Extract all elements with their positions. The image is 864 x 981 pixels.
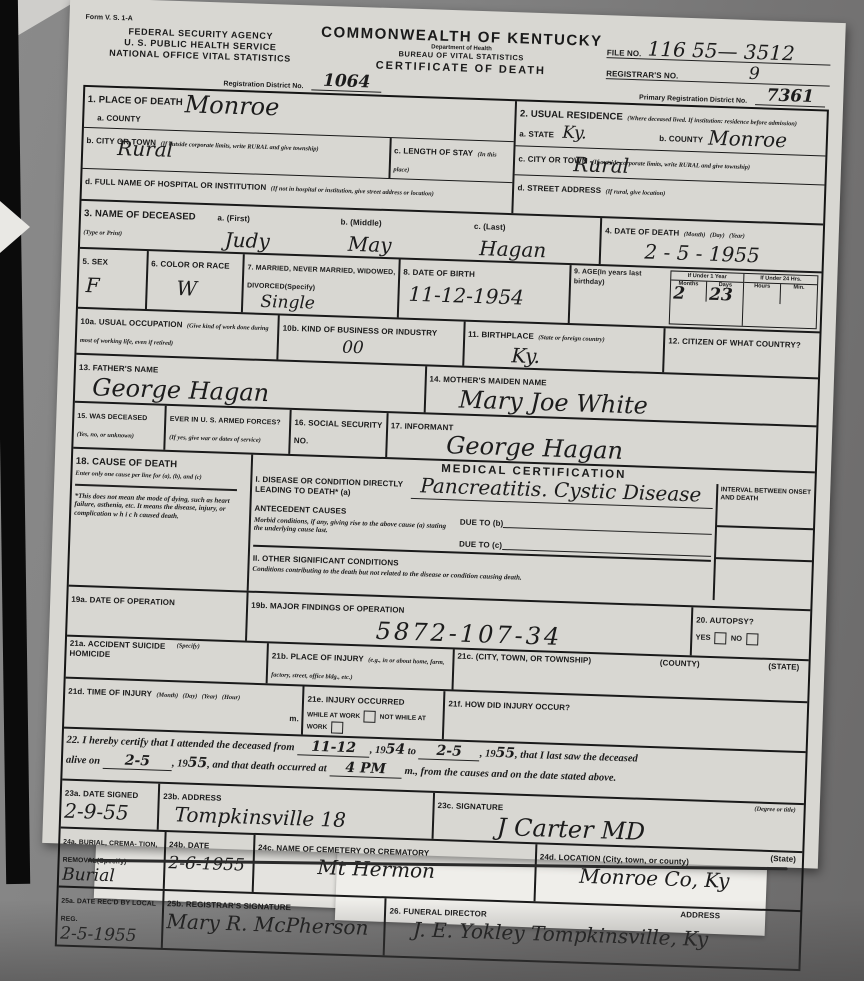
- county-label: a. COUNTY: [97, 113, 141, 123]
- certify-text-3: to: [408, 746, 417, 757]
- city-town-note: (If outside corporate limits, write RURA…: [160, 140, 318, 152]
- antecedent-title: ANTECEDENT CAUSES: [254, 504, 346, 516]
- sex-label: 5. SEX: [82, 257, 108, 267]
- county-value: Monroe: [184, 92, 279, 119]
- autopsy-no-checkbox: [746, 633, 758, 645]
- certify-text-4: , 19: [480, 748, 496, 760]
- injury-month-note: (Month): [156, 692, 178, 700]
- cause-of-death-note: Enter only one cause per line for (a), (…: [75, 470, 247, 483]
- occupation-label: 10a. USUAL OCCUPATION: [80, 317, 182, 329]
- injury-hour-note: (Hour): [222, 694, 240, 702]
- type-or-print-note: (Type or Print): [83, 229, 122, 237]
- file-no-label: FILE NO.: [607, 48, 642, 59]
- certify-text-6: alive on: [66, 755, 100, 767]
- degree-title-note: (Degree or title): [754, 806, 795, 815]
- file-no-value: 116 55— 3512: [647, 39, 795, 64]
- injury-county-label: (COUNTY): [659, 658, 700, 695]
- middle-name-label: b. (Middle): [340, 217, 381, 227]
- primary-district-value: 7361: [755, 87, 826, 107]
- injury-day-note: (Day): [182, 692, 197, 699]
- burial-location-state-note: (State): [770, 854, 796, 864]
- film-edge-strip: [0, 0, 30, 884]
- date-of-death-month: (Month): [684, 231, 706, 239]
- time-of-injury-label: 21d. TIME OF INJURY: [68, 687, 152, 699]
- age-grid: If Under 1 Year Months 2 Days 23 If Unde…: [668, 270, 818, 329]
- due-to-b-label: DUE TO (b): [460, 517, 504, 528]
- autopsy-label: 20. AUTOPSY?: [696, 615, 754, 626]
- marital-status-value: Single: [260, 294, 394, 315]
- while-at-work-label: WHILE AT WORK: [307, 711, 360, 720]
- hospital-label: d. FULL NAME OF HOSPITAL OR INSTITUTION: [85, 177, 266, 192]
- injury-occurred-label: 21e. INJURY OCCURRED: [307, 695, 404, 707]
- antecedent-note: Morbid conditions, if any, giving rise t…: [254, 516, 456, 539]
- burial-date-value: 2-6-1955: [168, 855, 250, 875]
- address-value: Tompkinsville 18: [174, 804, 429, 832]
- injury-state-label: (STATE): [767, 662, 799, 699]
- alive-on-year: 55: [187, 755, 207, 772]
- certify-text-2: , 19: [370, 745, 386, 757]
- how-injury-label: 21f. HOW DID INJURY OCCUR?: [448, 699, 570, 712]
- attended-to-year: 55: [495, 745, 515, 762]
- last-name-value: Hagan: [479, 238, 597, 262]
- armed-forces-label-1: 15. WAS DECEASED: [77, 413, 147, 422]
- injury-m-label: m.: [67, 707, 299, 724]
- photographed-death-certificate: Form V. S. 1-A FEDERAL SECURITY AGENCY U…: [0, 0, 864, 981]
- date-signed-value: 2-9-55: [64, 801, 155, 824]
- date-of-operation-label: 19a. DATE OF OPERATION: [71, 595, 175, 607]
- registrar-no-value: 9: [749, 66, 760, 83]
- age-label: 9. AGE(In years last birthday): [572, 267, 667, 324]
- registrar-no-label: REGISTRAR'S NO.: [606, 69, 679, 81]
- residence-county-label: b. COUNTY: [659, 134, 703, 144]
- disease-label: I. DISEASE OR CONDITION DIRECTLY LEADING…: [255, 475, 411, 499]
- age-hours-label: Hours: [754, 283, 770, 290]
- accident-specify-note: (Specify): [176, 642, 200, 679]
- color-race-label: 6. COLOR OR RACE: [151, 259, 230, 271]
- certificate-paper: Form V. S. 1-A FEDERAL SECURITY AGENCY U…: [42, 0, 846, 869]
- armed-forces-label-2: EVER IN U. S. ARMED FORCES?: [170, 416, 281, 427]
- due-to-c-label: DUE TO (c): [459, 539, 502, 550]
- business-label: 10b. KIND OF BUSINESS OR INDUSTRY: [283, 324, 438, 338]
- certify-text-7: , 19: [172, 758, 188, 770]
- residence-county-value: Monroe: [708, 128, 787, 151]
- certify-text-5: , that I last saw the deceased: [515, 750, 638, 765]
- cause-of-death-footnote: *This does not mean the mode of dying, s…: [74, 491, 247, 522]
- first-name-value: Judy: [224, 230, 340, 254]
- signature-label: 23c. SIGNATURE: [437, 801, 503, 812]
- death-time-value: 4 PM: [329, 759, 402, 778]
- burial-date-label: 24b. DATE: [169, 840, 210, 850]
- autopsy-no-label: NO: [731, 634, 743, 643]
- business-value: 00: [342, 340, 460, 361]
- major-findings-label: 19b. MAJOR FINDINGS OF OPERATION: [251, 601, 405, 615]
- city-town-value: Rural: [117, 138, 173, 160]
- name-of-deceased-title: 3. NAME OF DECEASED: [84, 208, 196, 223]
- date-of-birth-value: 11-12-1954: [408, 284, 565, 309]
- residence-city-value: Rural: [573, 154, 629, 176]
- attended-to-value: 2-5: [418, 742, 480, 761]
- date-of-birth-label: 8. DATE OF BIRTH: [403, 268, 475, 279]
- hospital-note: (If not in hospital or institution, give…: [271, 185, 434, 197]
- injury-city-label: 21c. (CITY, TOWN, OR TOWNSHIP): [456, 652, 591, 692]
- while-at-work-checkbox: [364, 711, 376, 723]
- birthplace-note: (State or foreign country): [538, 334, 604, 343]
- street-address-note: (If rural, give location): [605, 188, 665, 197]
- date-of-death-day: (Day): [710, 232, 725, 239]
- birthplace-value: Ky.: [511, 345, 660, 370]
- date-of-death-value: 2 - 5 - 1955: [644, 242, 819, 268]
- usual-residence-title: 2. USUAL RESIDENCE: [520, 108, 623, 122]
- attended-from-value: 11-12: [297, 738, 370, 757]
- accident-suicide-label: 21a. ACCIDENT SUICIDE HOMICIDE: [69, 639, 177, 679]
- length-of-stay-label: c. LENGTH OF STAY: [394, 146, 473, 158]
- ssn-label: 16. SOCIAL SECURITY NO.: [294, 418, 383, 445]
- armed-forces-note-2: (If yes, give war or dates of service): [169, 434, 261, 444]
- registration-district-label: Registration District No.: [223, 80, 303, 90]
- certify-text-1: 22. I hereby certify that I attended the…: [66, 735, 294, 754]
- citizen-label: 12. CITIZEN OF WHAT COUNTRY?: [668, 336, 801, 349]
- color-race-value: W: [176, 278, 239, 300]
- armed-forces-note-1: (Yes, no, or unknown): [77, 431, 134, 440]
- attended-from-year: 54: [385, 741, 405, 758]
- age-min-label: Min.: [793, 285, 804, 291]
- age-days-value: 23: [709, 287, 733, 305]
- autopsy-yes-label: YES: [695, 632, 710, 641]
- father-name-label: 13. FATHER'S NAME: [79, 363, 159, 375]
- first-name-label: a. (First): [217, 213, 250, 223]
- alive-on-value: 2-5: [102, 752, 172, 771]
- street-address-label: d. STREET ADDRESS: [517, 183, 601, 195]
- residence-state-value: Ky.: [562, 125, 587, 143]
- certify-text-9: m., from the causes and on the date stat…: [404, 766, 616, 784]
- interval-label: INTERVAL BETWEEN ONSET AND DEATH: [718, 484, 814, 506]
- not-while-at-work-checkbox: [331, 721, 343, 733]
- place-of-death-title: 1. PLACE OF DEATH: [88, 94, 183, 108]
- photo-shadow: [0, 900, 864, 981]
- date-of-death-year: (Year): [729, 232, 745, 240]
- residence-state-label: a. STATE: [519, 129, 554, 139]
- sex-value: F: [85, 275, 142, 297]
- age-months-value: 2: [673, 286, 685, 303]
- birthplace-label: 11. BIRTHPLACE: [468, 330, 534, 341]
- address-label: 23b. ADDRESS: [163, 792, 222, 803]
- other-conditions-note: Conditions contributing to the death but…: [252, 566, 710, 589]
- date-of-death-label: 4. DATE OF DEATH: [605, 226, 679, 237]
- certify-text-8: , and that death occurred at: [207, 759, 327, 774]
- place-of-injury-label: 21b. PLACE OF INJURY: [272, 651, 364, 663]
- burial-cremation-value: Burial: [62, 867, 160, 887]
- registration-district-value: 1064: [311, 72, 382, 92]
- middle-name-value: May: [348, 234, 474, 258]
- autopsy-yes-checkbox: [715, 632, 727, 644]
- last-name-label: c. (Last): [474, 222, 506, 232]
- death-certificate-form: 1. PLACE OF DEATH a. COUNTY Monroe b. CI…: [55, 85, 829, 971]
- cause-of-death-title: 18. CAUSE OF DEATH: [76, 456, 178, 470]
- informant-label: 17. INFORMANT: [391, 421, 454, 432]
- injury-year-note: (Year): [202, 693, 218, 701]
- marital-status-label: 7. MARRIED, NEVER MARRIED, WIDOWED, DIVO…: [247, 264, 396, 291]
